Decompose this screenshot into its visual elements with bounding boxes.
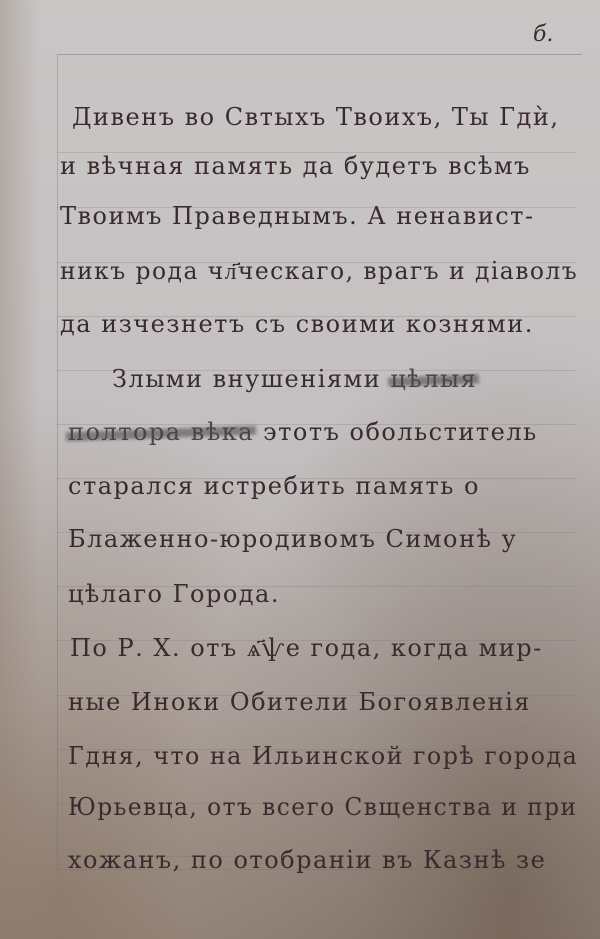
manuscript-page: б. Дивенъ во Свтыхъ Твоихъ, Ты Гдѝ, и вѣ…	[0, 0, 600, 939]
text-line-9: Блаженно-юродивомъ Симонѣ у	[68, 525, 517, 553]
line-text: цѣлаго Города.	[68, 580, 280, 608]
line-text: никъ рода чл҃ческаго, врагъ и діаволъ	[60, 257, 578, 285]
text-line-15: хожанъ, по отобраніи въ Казнѣ зе	[68, 846, 546, 874]
line-text: этотъ обольститель	[263, 418, 538, 446]
text-line-13: Гдня, что на Ильинской горѣ города	[68, 742, 578, 770]
line-text: и вѣчная память да будетъ всѣмъ	[60, 152, 531, 180]
line-text: Дивенъ во Свтыхъ Твоихъ, Ты Гдѝ,	[72, 103, 559, 131]
struck-out-phrase: полтора вѣка	[68, 418, 254, 446]
text-line-6: Злыми внушеніями цѣлыя	[112, 365, 477, 393]
line-text: да изчезнетъ съ своими кознями.	[60, 310, 534, 338]
line-text: Гдня, что на Ильинской горѣ города	[68, 742, 578, 770]
line-text: старался истребить память о	[68, 472, 480, 500]
line-text: По Р. Х. отъ ѧ҃ѱе года, когда мир-	[70, 634, 543, 662]
struck-out-word: цѣлыя	[390, 365, 477, 393]
line-text: Твоимъ Праведнымъ. А ненавист-	[60, 202, 535, 230]
text-line-8: старался истребить память о	[68, 472, 480, 500]
line-text: Злыми внушеніями	[112, 365, 381, 393]
text-line-12: ные Иноки Обители Богоявленія	[68, 688, 531, 716]
text-line-1: Дивенъ во Свтыхъ Твоихъ, Ты Гдѝ,	[72, 103, 572, 131]
text-line-7: полтора вѣка этотъ обольститель	[68, 418, 538, 446]
text-line-10: цѣлаго Города.	[68, 580, 280, 608]
text-line-4: никъ рода чл҃ческаго, врагъ и діаволъ	[60, 257, 578, 286]
text-line-5: да изчезнетъ съ своими кознями.	[60, 310, 534, 338]
text-line-14: Юрьевца, отъ всего Свщенства и при	[68, 793, 578, 821]
page-number: б.	[533, 22, 553, 47]
line-text: Блаженно-юродивомъ Симонѣ у	[68, 525, 517, 553]
text-line-2: и вѣчная память да будетъ всѣмъ	[60, 152, 531, 180]
text-line-11: По Р. Х. отъ ѧ҃ѱе года, когда мир-	[70, 634, 543, 663]
line-text: хожанъ, по отобраніи въ Казнѣ зе	[68, 846, 546, 874]
page-edge-shadow	[0, 0, 40, 939]
line-text: ные Иноки Обители Богоявленія	[68, 688, 531, 716]
line-text: Юрьевца, отъ всего Свщенства и при	[68, 793, 578, 821]
text-line-3: Твоимъ Праведнымъ. А ненавист-	[60, 202, 535, 230]
